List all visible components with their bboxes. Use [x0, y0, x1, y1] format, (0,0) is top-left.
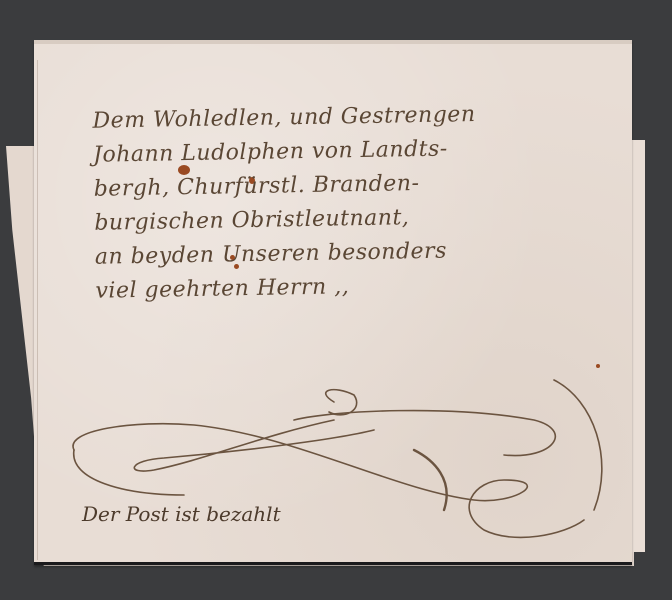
postage-note: Der Post ist bezahlt [82, 502, 281, 526]
pen-flourish-icon [34, 40, 632, 565]
letter-sheet: Dem Wohledlen, und Gestrengen Johann Lud… [34, 40, 632, 565]
